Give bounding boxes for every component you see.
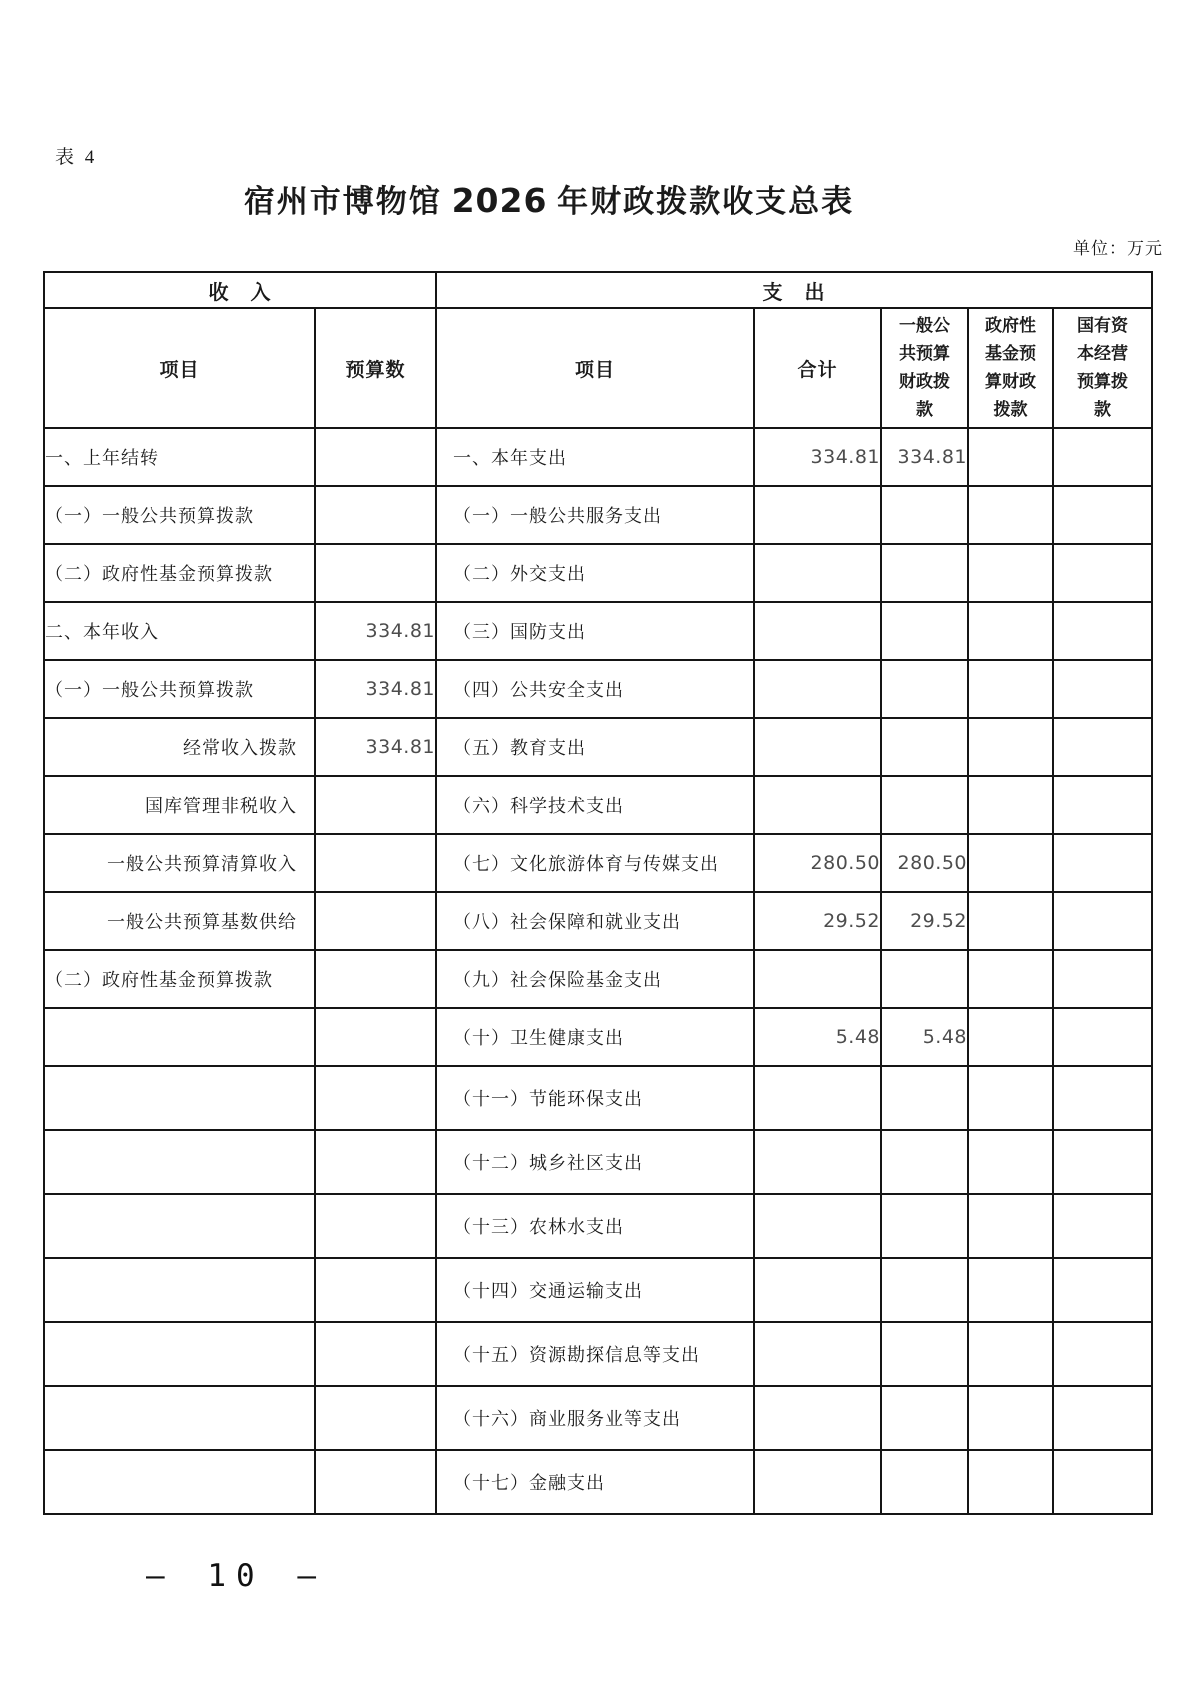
soe-capital-cell (1053, 660, 1152, 718)
title-prefix: 宿州市博物馆 (244, 184, 452, 219)
gov-fund-cell (968, 1322, 1053, 1386)
income-budget-cell (315, 1008, 436, 1066)
total-cell (754, 1450, 881, 1514)
income-item-cell (44, 1194, 315, 1258)
income-budget-cell: 334.81 (315, 602, 436, 660)
income-item-cell: 一般公共预算基数供给 (44, 892, 315, 950)
table-row: 一般公共预算清算收入（七）文化旅游体育与传媒支出280.50280.50 (44, 834, 1152, 892)
expense-item-cell: （一）一般公共服务支出 (436, 486, 754, 544)
table-row: （十四）交通运输支出 (44, 1258, 1152, 1322)
expense-item-cell: 一、本年支出 (436, 428, 754, 486)
income-budget-cell (315, 950, 436, 1008)
general-public-cell (881, 776, 968, 834)
general-public-cell (881, 1130, 968, 1194)
soe-capital-cell (1053, 1194, 1152, 1258)
income-budget-cell (315, 1258, 436, 1322)
gov-fund-cell (968, 950, 1053, 1008)
table-row: （十）卫生健康支出5.485.48 (44, 1008, 1152, 1066)
soe-capital-cell (1053, 1450, 1152, 1514)
income-budget-cell (315, 1194, 436, 1258)
income-item-cell: 经常收入拨款 (44, 718, 315, 776)
col-income-budget: 预算数 (315, 308, 436, 428)
document-page: 表 4 宿州市博物馆 2026 年财政拨款收支总表 单位：万元 收 入 支 出 … (0, 0, 1190, 1683)
general-public-cell: 5.48 (881, 1008, 968, 1066)
income-item-cell (44, 1008, 315, 1066)
table-row: 一、上年结转一、本年支出334.81334.81 (44, 428, 1152, 486)
gov-fund-cell (968, 1450, 1053, 1514)
total-cell (754, 486, 881, 544)
total-cell: 5.48 (754, 1008, 881, 1066)
total-cell: 29.52 (754, 892, 881, 950)
expense-item-cell: （十六）商业服务业等支出 (436, 1386, 754, 1450)
income-item-cell (44, 1258, 315, 1322)
budget-summary-table: 收 入 支 出 项目 预算数 项目 合计 一般公 共预算 财政拨 款 政府性 基… (43, 271, 1153, 1515)
col-income-item: 项目 (44, 308, 315, 428)
income-budget-cell (315, 486, 436, 544)
total-cell (754, 776, 881, 834)
gov-fund-cell (968, 776, 1053, 834)
table-row: （十三）农林水支出 (44, 1194, 1152, 1258)
income-budget-cell: 334.81 (315, 718, 436, 776)
soe-capital-cell (1053, 834, 1152, 892)
income-item-cell (44, 1322, 315, 1386)
total-cell (754, 1194, 881, 1258)
title-suffix: 年财政拨款收支总表 (547, 184, 854, 219)
expense-item-cell: （十一）节能环保支出 (436, 1066, 754, 1130)
income-budget-cell (315, 1450, 436, 1514)
general-public-cell (881, 1386, 968, 1450)
income-item-cell: （二）政府性基金预算拨款 (44, 544, 315, 602)
table-row: （十一）节能环保支出 (44, 1066, 1152, 1130)
gov-fund-cell (968, 1130, 1053, 1194)
soe-capital-cell (1053, 1130, 1152, 1194)
income-section-header: 收 入 (44, 272, 436, 308)
income-item-cell: 国库管理非税收入 (44, 776, 315, 834)
income-budget-cell (315, 1386, 436, 1450)
soe-capital-cell (1053, 544, 1152, 602)
expense-item-cell: （九）社会保险基金支出 (436, 950, 754, 1008)
soe-capital-cell (1053, 892, 1152, 950)
gov-fund-cell (968, 660, 1053, 718)
page-number: – 10 – (146, 1558, 326, 1594)
income-item-cell: （一）一般公共预算拨款 (44, 486, 315, 544)
total-cell (754, 1130, 881, 1194)
income-budget-cell (315, 1322, 436, 1386)
general-public-cell (881, 718, 968, 776)
soe-capital-cell (1053, 950, 1152, 1008)
income-budget-cell (315, 428, 436, 486)
table-row: （十二）城乡社区支出 (44, 1130, 1152, 1194)
total-cell (754, 1322, 881, 1386)
gov-fund-cell (968, 486, 1053, 544)
income-item-cell: （二）政府性基金预算拨款 (44, 950, 315, 1008)
soe-capital-cell (1053, 1008, 1152, 1066)
soe-capital-cell (1053, 1066, 1152, 1130)
general-public-cell (881, 1322, 968, 1386)
general-public-cell (881, 1066, 968, 1130)
expense-item-cell: （二）外交支出 (436, 544, 754, 602)
income-budget-cell (315, 1066, 436, 1130)
col-general-public-budget: 一般公 共预算 财政拨 款 (881, 308, 968, 428)
income-budget-cell (315, 544, 436, 602)
gov-fund-cell (968, 718, 1053, 776)
col-gov-fund-budget: 政府性 基金预 算财政 拨款 (968, 308, 1053, 428)
total-cell (754, 1386, 881, 1450)
table-row: 经常收入拨款334.81（五）教育支出 (44, 718, 1152, 776)
general-public-cell: 334.81 (881, 428, 968, 486)
soe-capital-cell (1053, 718, 1152, 776)
expense-item-cell: （十五）资源勘探信息等支出 (436, 1322, 754, 1386)
expense-item-cell: （七）文化旅游体育与传媒支出 (436, 834, 754, 892)
gov-fund-cell (968, 1008, 1053, 1066)
expense-item-cell: （四）公共安全支出 (436, 660, 754, 718)
gov-fund-cell (968, 428, 1053, 486)
table-row: （一）一般公共预算拨款（一）一般公共服务支出 (44, 486, 1152, 544)
general-public-cell (881, 544, 968, 602)
general-public-cell: 29.52 (881, 892, 968, 950)
expense-item-cell: （十七）金融支出 (436, 1450, 754, 1514)
gov-fund-cell (968, 1194, 1053, 1258)
expense-item-cell: （八）社会保障和就业支出 (436, 892, 754, 950)
general-public-cell (881, 950, 968, 1008)
expense-item-cell: （十三）农林水支出 (436, 1194, 754, 1258)
income-budget-cell: 334.81 (315, 660, 436, 718)
unit-note: 单位：万元 (1073, 234, 1163, 259)
total-cell (754, 718, 881, 776)
table-row: 国库管理非税收入（六）科学技术支出 (44, 776, 1152, 834)
col-total: 合计 (754, 308, 881, 428)
gov-fund-cell (968, 1258, 1053, 1322)
income-budget-cell (315, 1130, 436, 1194)
document-title: 宿州市博物馆 2026 年财政拨款收支总表 (43, 176, 1055, 221)
general-public-cell (881, 602, 968, 660)
section-header-row: 收 入 支 出 (44, 272, 1152, 308)
table-row: （十五）资源勘探信息等支出 (44, 1322, 1152, 1386)
expense-item-cell: （十四）交通运输支出 (436, 1258, 754, 1322)
income-item-cell: 二、本年收入 (44, 602, 315, 660)
total-cell (754, 950, 881, 1008)
expense-item-cell: （十）卫生健康支出 (436, 1008, 754, 1066)
income-item-cell: 一、上年结转 (44, 428, 315, 486)
total-cell (754, 660, 881, 718)
gov-fund-cell (968, 602, 1053, 660)
expense-item-cell: （五）教育支出 (436, 718, 754, 776)
expense-section-header: 支 出 (436, 272, 1152, 308)
total-cell (754, 544, 881, 602)
table-row: （十六）商业服务业等支出 (44, 1386, 1152, 1450)
general-public-cell (881, 660, 968, 718)
general-public-cell (881, 486, 968, 544)
general-public-cell (881, 1258, 968, 1322)
soe-capital-cell (1053, 1322, 1152, 1386)
table-row: 二、本年收入334.81（三）国防支出 (44, 602, 1152, 660)
soe-capital-cell (1053, 486, 1152, 544)
total-cell: 334.81 (754, 428, 881, 486)
total-cell: 280.50 (754, 834, 881, 892)
table-number-label: 表 4 (55, 142, 97, 169)
income-item-cell (44, 1066, 315, 1130)
gov-fund-cell (968, 544, 1053, 602)
general-public-cell (881, 1450, 968, 1514)
soe-capital-cell (1053, 1258, 1152, 1322)
gov-fund-cell (968, 1386, 1053, 1450)
general-public-cell (881, 1194, 968, 1258)
income-item-cell (44, 1130, 315, 1194)
income-item-cell: 一般公共预算清算收入 (44, 834, 315, 892)
expense-item-cell: （六）科学技术支出 (436, 776, 754, 834)
soe-capital-cell (1053, 776, 1152, 834)
title-year: 2026 (452, 181, 548, 220)
general-public-cell: 280.50 (881, 834, 968, 892)
table-row: （二）政府性基金预算拨款（九）社会保险基金支出 (44, 950, 1152, 1008)
income-budget-cell (315, 892, 436, 950)
table-row: 一般公共预算基数供给（八）社会保障和就业支出29.5229.52 (44, 892, 1152, 950)
income-item-cell (44, 1386, 315, 1450)
soe-capital-cell (1053, 428, 1152, 486)
col-soe-capital-budget: 国有资 本经营 预算拨 款 (1053, 308, 1152, 428)
gov-fund-cell (968, 892, 1053, 950)
gov-fund-cell (968, 1066, 1053, 1130)
expense-item-cell: （十二）城乡社区支出 (436, 1130, 754, 1194)
table-row: （十七）金融支出 (44, 1450, 1152, 1514)
gov-fund-cell (968, 834, 1053, 892)
soe-capital-cell (1053, 1386, 1152, 1450)
total-cell (754, 1258, 881, 1322)
income-item-cell: （一）一般公共预算拨款 (44, 660, 315, 718)
column-header-row: 项目 预算数 项目 合计 一般公 共预算 财政拨 款 政府性 基金预 算财政 拨… (44, 308, 1152, 428)
total-cell (754, 1066, 881, 1130)
income-budget-cell (315, 834, 436, 892)
income-budget-cell (315, 776, 436, 834)
soe-capital-cell (1053, 602, 1152, 660)
income-item-cell (44, 1450, 315, 1514)
col-expense-item: 项目 (436, 308, 754, 428)
expense-item-cell: （三）国防支出 (436, 602, 754, 660)
table-row: （一）一般公共预算拨款334.81（四）公共安全支出 (44, 660, 1152, 718)
table-row: （二）政府性基金预算拨款（二）外交支出 (44, 544, 1152, 602)
total-cell (754, 602, 881, 660)
